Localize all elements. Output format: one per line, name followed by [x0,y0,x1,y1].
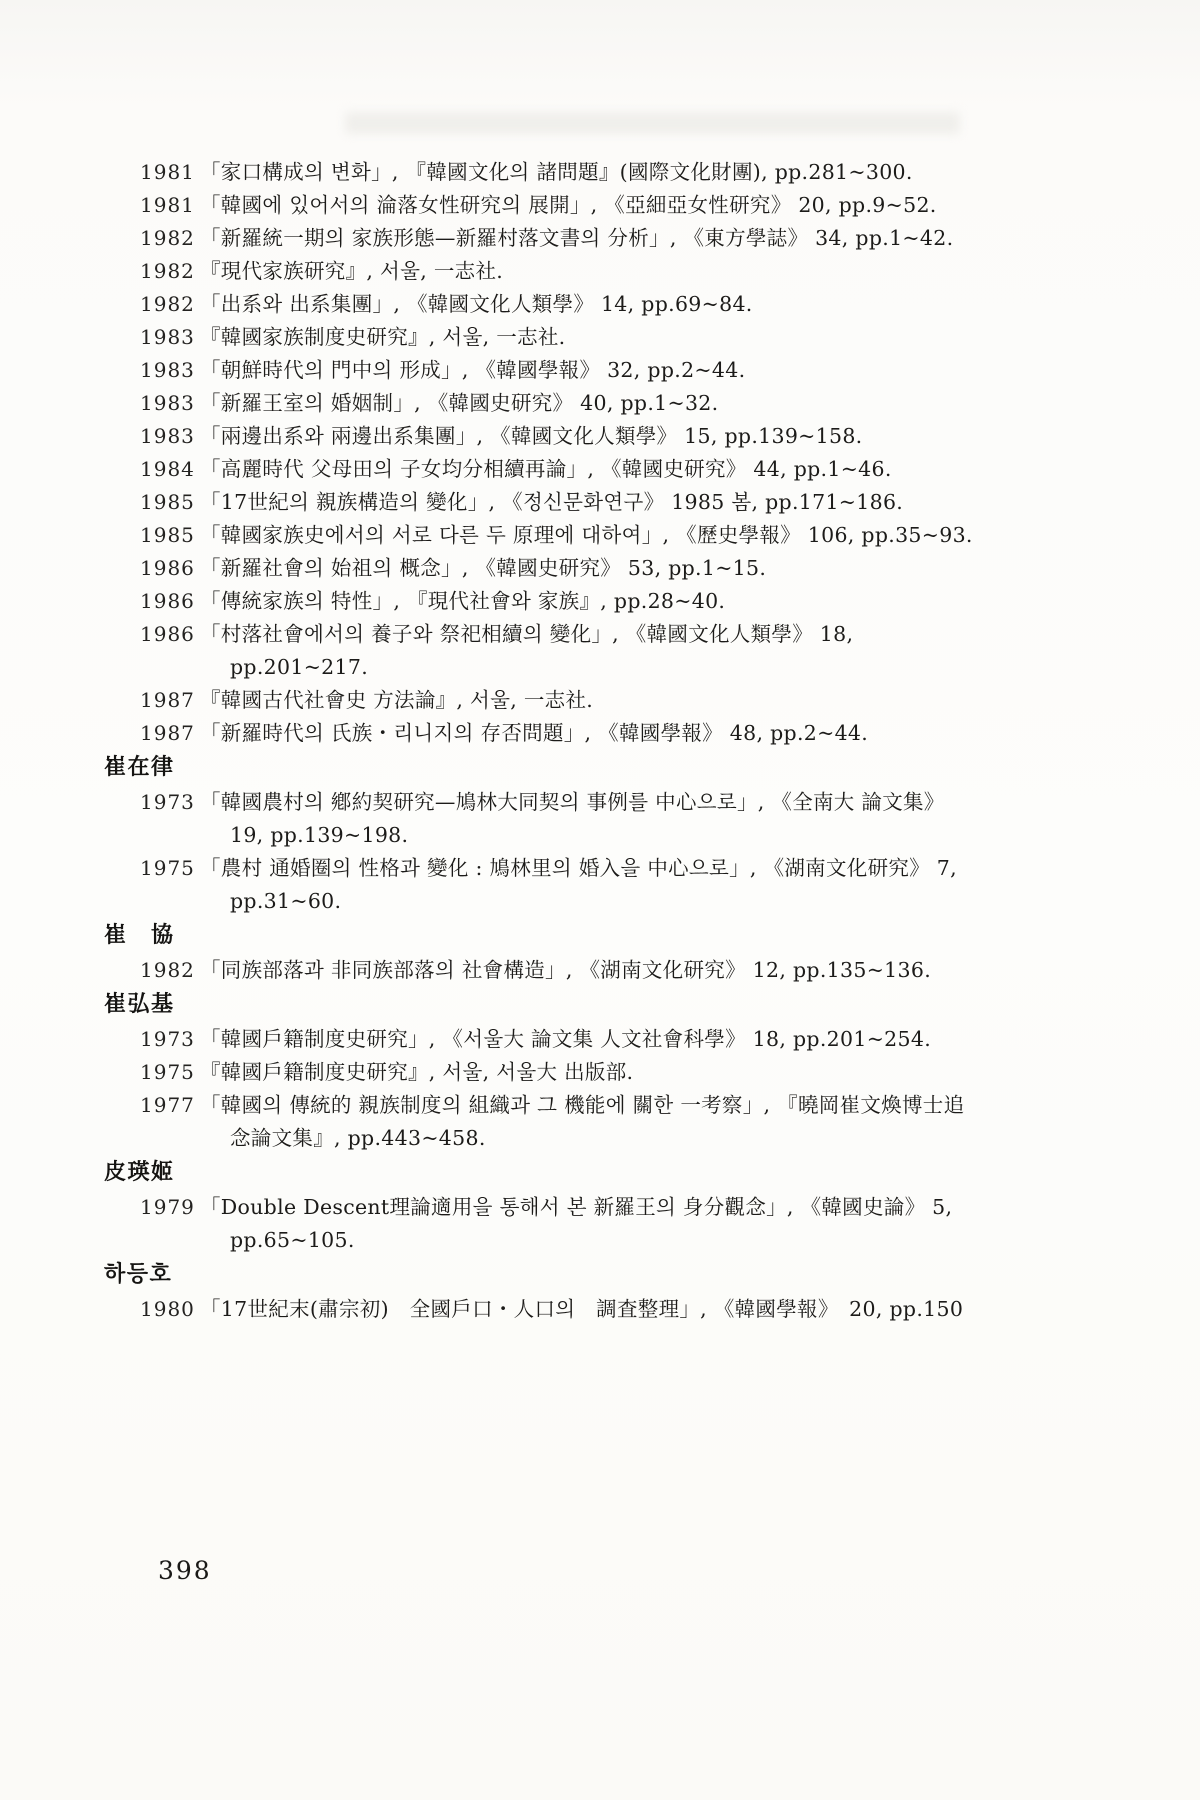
entry-text: 「新羅社會의 始祖의 概念」, 《韓國史研究》 53, pp.1~15. [200,552,974,585]
entry-text: 「村落社會에서의 養子와 祭祀相續의 變化」, 《韓國文化人類學》 18, pp… [200,618,974,684]
bibliography-entry: 1977「韓國의 傳統的 親族制度의 組織과 그 機能에 關한 一考察」, 『曉… [104,1089,974,1155]
bibliography-entry: 1973「韓國農村의 鄕約契研究—鳩林大同契의 事例를 中心으로」, 《全南大 … [104,786,974,852]
bibliography-entry: 1985「韓國家族史에서의 서로 다른 두 原理에 대하여」, 《歷史學報》 1… [104,519,974,552]
entry-year: 1983 [140,321,200,354]
entry-year: 1982 [140,255,200,288]
entry-year: 1982 [140,954,200,987]
entry-text: 「新羅時代의 氏族・리니지의 存否問題」, 《韓國學報》 48, pp.2~44… [200,717,974,750]
bibliography-entry: 1987「新羅時代의 氏族・리니지의 存否問題」, 《韓國學報》 48, pp.… [104,717,974,750]
bibliography-entry: 1983『韓國家族制度史研究』, 서울, 一志社. [104,321,974,354]
bibliography-entry: 1982『現代家族研究』, 서울, 一志社. [104,255,974,288]
page-number: 398 [158,1556,212,1585]
entry-year: 1979 [140,1191,200,1224]
entry-text: 「家口構成의 변화」, 『韓國文化의 諸問題』(國際文化財團), pp.281~… [200,156,974,189]
entry-text: 「出系와 出系集團」, 《韓國文化人類學》 14, pp.69~84. [200,288,974,321]
entry-year: 1987 [140,717,200,750]
entry-text: 『現代家族研究』, 서울, 一志社. [200,255,974,288]
entry-year: 1986 [140,585,200,618]
entry-year: 1986 [140,552,200,585]
bibliography-entry: 1987『韓國古代社會史 方法論』, 서울, 一志社. [104,684,974,717]
author-heading: 하등호 [104,1258,974,1291]
entry-text: 「韓國戶籍制度史研究」, 《서울大 論文集 人文社會科學》 18, pp.201… [200,1023,974,1056]
author-heading: 崔弘基 [104,988,974,1021]
bibliography-entry: 1981「家口構成의 변화」, 『韓國文化의 諸問題』(國際文化財團), pp.… [104,156,974,189]
bibliography-entry: 1981「韓國에 있어서의 淪落女性研究의 展開」, 《亞細亞女性研究》 20,… [104,189,974,222]
entry-year: 1983 [140,420,200,453]
entry-year: 1982 [140,222,200,255]
entry-text: 「新羅王室의 婚姻制」, 《韓國史研究》 40, pp.1~32. [200,387,974,420]
bibliography-entry: 1984「高麗時代 父母田의 子女均分相續再論」, 《韓國史研究》 44, pp… [104,453,974,486]
bibliography-entry: 1975『韓國戶籍制度史研究』, 서울, 서울大 出版部. [104,1056,974,1089]
entry-text: 「韓國에 있어서의 淪落女性研究의 展開」, 《亞細亞女性研究》 20, pp.… [200,189,974,222]
author-heading: 皮瑛姬 [104,1156,974,1189]
entry-year: 1980 [140,1293,200,1326]
author-heading: 崔在律 [104,751,974,784]
bibliography-entry: 1980「17世紀末(肅宗初) 全國戶口・人口의 調査整理」, 《韓國學報》 2… [104,1293,974,1326]
entry-text: 「兩邊出系와 兩邊出系集團」, 《韓國文化人類學》 15, pp.139~158… [200,420,974,453]
entry-text: 「同族部落과 非同族部落의 社會構造」, 《湖南文化研究》 12, pp.135… [200,954,974,987]
author-heading: 崔 協 [104,919,974,952]
entry-text: 「17世紀의 親族構造의 變化」, 《정신문화연구》 1985 봄, pp.17… [200,486,974,519]
entry-text: 『韓國家族制度史研究』, 서울, 一志社. [200,321,974,354]
entry-year: 1977 [140,1089,200,1122]
entry-text: 「Double Descent理論適用을 통해서 본 新羅王의 身分觀念」, 《… [200,1191,974,1257]
bibliography: 1981「家口構成의 변화」, 『韓國文化의 諸問題』(國際文化財團), pp.… [104,156,974,1326]
bibliography-entry: 1979「Double Descent理論適用을 통해서 본 新羅王의 身分觀念… [104,1191,974,1257]
entry-year: 1986 [140,618,200,651]
entry-text: 「朝鮮時代의 門中의 形成」, 《韓國學報》 32, pp.2~44. [200,354,974,387]
entry-year: 1981 [140,156,200,189]
scan-shading-artifact [345,112,960,134]
entry-year: 1987 [140,684,200,717]
entry-year: 1982 [140,288,200,321]
entry-year: 1983 [140,387,200,420]
entry-text: 「韓國家族史에서의 서로 다른 두 原理에 대하여」, 《歷史學報》 106, … [200,519,974,552]
entry-text: 「農村 通婚圈의 性格과 變化 : 鳩林里의 婚入을 中心으로」, 《湖南文化研… [200,852,974,918]
bibliography-entry: 1982「新羅統一期의 家族形態—新羅村落文書의 分析」, 《東方學誌》 34,… [104,222,974,255]
bibliography-entry: 1986「村落社會에서의 養子와 祭祀相續의 變化」, 《韓國文化人類學》 18… [104,618,974,684]
entry-year: 1984 [140,453,200,486]
entry-text: 「17世紀末(肅宗初) 全國戶口・人口의 調査整理」, 《韓國學報》 20, p… [200,1293,974,1326]
entry-text: 「新羅統一期의 家族形態—新羅村落文書의 分析」, 《東方學誌》 34, pp.… [200,222,974,255]
entry-year: 1985 [140,519,200,552]
entry-text: 『韓國戶籍制度史研究』, 서울, 서울大 出版部. [200,1056,974,1089]
bibliography-entry: 1983「朝鮮時代의 門中의 形成」, 《韓國學報》 32, pp.2~44. [104,354,974,387]
entry-year: 1975 [140,852,200,885]
bibliography-entry: 1986「傳統家族의 特性」, 『現代社會와 家族』, pp.28~40. [104,585,974,618]
bibliography-entry: 1983「兩邊出系와 兩邊出系集團」, 《韓國文化人類學》 15, pp.139… [104,420,974,453]
entry-year: 1973 [140,786,200,819]
entry-year: 1981 [140,189,200,222]
entry-text: 『韓國古代社會史 方法論』, 서울, 一志社. [200,684,974,717]
entry-year: 1985 [140,486,200,519]
entry-year: 1975 [140,1056,200,1089]
bibliography-entry: 1986「新羅社會의 始祖의 概念」, 《韓國史研究》 53, pp.1~15. [104,552,974,585]
bibliography-entry: 1975「農村 通婚圈의 性格과 變化 : 鳩林里의 婚入을 中心으로」, 《湖… [104,852,974,918]
entry-text: 「韓國農村의 鄕約契研究—鳩林大同契의 事例를 中心으로」, 《全南大 論文集》… [200,786,974,852]
bibliography-entry: 1982「同族部落과 非同族部落의 社會構造」, 《湖南文化研究》 12, pp… [104,954,974,987]
bibliography-entry: 1973「韓國戶籍制度史研究」, 《서울大 論文集 人文社會科學》 18, pp… [104,1023,974,1056]
entry-text: 「高麗時代 父母田의 子女均分相續再論」, 《韓國史研究》 44, pp.1~4… [200,453,974,486]
bibliography-entry: 1983「新羅王室의 婚姻制」, 《韓國史研究》 40, pp.1~32. [104,387,974,420]
entry-year: 1973 [140,1023,200,1056]
bibliography-entry: 1982「出系와 出系集團」, 《韓國文化人類學》 14, pp.69~84. [104,288,974,321]
book-page: 1981「家口構成의 변화」, 『韓國文化의 諸問題』(國際文化財團), pp.… [0,0,1200,1800]
entry-year: 1983 [140,354,200,387]
entry-text: 「傳統家族의 特性」, 『現代社會와 家族』, pp.28~40. [200,585,974,618]
entry-text: 「韓國의 傳統的 親族制度의 組織과 그 機能에 關한 一考察」, 『曉岡崔文煥… [200,1089,974,1155]
bibliography-entry: 1985「17世紀의 親族構造의 變化」, 《정신문화연구》 1985 봄, p… [104,486,974,519]
